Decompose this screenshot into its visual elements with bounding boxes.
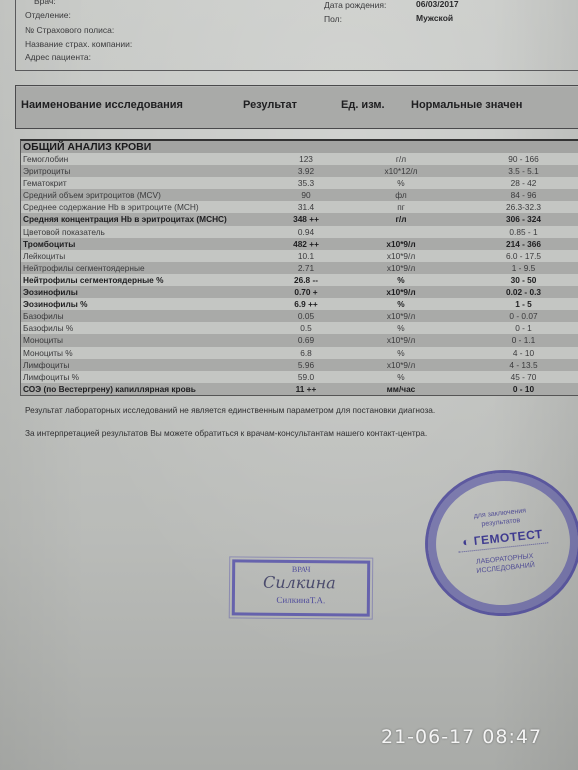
department-label: Отделение: [25,10,71,20]
test-name: Нейтрофилы сегментоядерные [23,262,145,274]
test-unit: % [361,347,441,359]
sex-label: Пол: [324,14,342,24]
table-row: Средняя концентрация Hb в эритроцитах (M… [21,213,578,225]
test-result: 0.70 + [276,286,336,298]
test-unit: мм/час [361,383,441,395]
test-name: Лейкоциты [23,250,65,262]
test-unit: % [361,322,441,334]
test-result: 11 ++ [276,383,336,395]
test-unit: x10*9/л [361,262,441,274]
test-unit: x10*12/л [361,165,441,177]
table-row: Лимфоциты %59.0%45 - 70 [21,371,578,383]
table-row: Моноциты %6.8%4 - 10 [21,347,578,359]
test-result: 6.8 [276,347,336,359]
test-result: 3.92 [276,165,336,177]
test-name: Цветовой показатель [23,226,105,238]
test-result: 5.96 [276,359,336,371]
test-normal-range: 0.85 - 1 [481,226,566,238]
test-unit: x10*9/л [361,359,441,371]
results-table: ОБЩИЙ АНАЛИЗ КРОВИ Гемоглобин123г/л90 - … [20,139,578,396]
patient-info-box: Врач: Отделение: № Страхового полиса: На… [15,0,578,71]
test-normal-range: 4 - 10 [481,347,566,359]
test-name: Тромбоциты [23,238,75,250]
test-result: 0.05 [276,310,336,322]
test-name: Среднее содержание Hb в эритроците (MCH) [23,201,199,213]
test-unit: x10*9/л [361,238,441,250]
table-row: Моноциты0.69x10*9/л0 - 1.1 [21,334,578,346]
test-result: 35.3 [276,177,336,189]
stamp-bottom-text: ЛАБОРАТОРНЫХ ИССЛЕДОВАНИЙ [464,551,545,577]
lab-round-stamp: для заключения результатов ◐ ГЕМОТЕСТ ЛА… [418,462,578,624]
doctor-stamp: ВРАЧ Силкина СилкинаТ.А. [232,559,370,616]
test-unit: x10*9/л [361,310,441,322]
table-row: Гемоглобин123г/л90 - 166 [21,153,578,165]
table-row: Средний объем эритроцитов (MCV)90фл84 - … [21,189,578,201]
insurance-company-label: Название страх. компании: [25,39,132,49]
table-row: Нейтрофилы сегментоядерные2.71x10*9/л1 -… [21,262,578,274]
test-normal-range: 26.3-32.3 [481,201,566,213]
test-result: 482 ++ [276,238,336,250]
header-test-name: Наименование исследования [21,99,183,111]
table-row: СОЭ (по Вестергрену) капиллярная кровь11… [21,383,578,395]
doctor-signature: Силкина [263,573,336,593]
test-name: Эритроциты [23,165,70,177]
table-row: Эозинофилы0.70 +x10*9/л0.02 - 0.3 [21,286,578,298]
test-normal-range: 84 - 96 [481,189,566,201]
header-unit: Ед. изм. [341,99,385,111]
disclaimer-note: Результат лабораторных исследований не я… [25,405,435,415]
test-result: 0.5 [276,322,336,334]
table-bottom-border [21,395,578,396]
test-result: 31.4 [276,201,336,213]
table-row: Базофилы %0.5%0 - 1 [21,322,578,334]
test-normal-range: 1 - 5 [481,298,566,310]
test-normal-range: 0 - 1.1 [481,334,566,346]
test-unit: % [361,274,441,286]
table-row: Среднее содержание Hb в эритроците (MCH)… [21,201,578,213]
test-name: Гемоглобин [23,153,68,165]
test-unit: % [361,177,441,189]
test-name: Лимфоциты % [23,371,79,383]
test-name: Моноциты [23,334,63,346]
test-unit: % [361,371,441,383]
table-row: Эозинофилы %6.9 ++%1 - 5 [21,298,578,310]
doctor-stamp-name: СилкинаТ.А. [235,594,367,605]
table-row: Базофилы0.05x10*9/л0 - 0.07 [21,310,578,322]
test-normal-range: 306 - 324 [481,213,566,225]
test-name: Средний объем эритроцитов (MCV) [23,189,161,201]
test-name: Средняя концентрация Hb в эритроцитах (M… [23,213,227,225]
table-header: Наименование исследования Результат Ед. … [15,85,578,129]
test-result: 90 [276,189,336,201]
birth-date-value: 06/03/2017 [416,0,459,9]
photo-timestamp: 21-06-17 08:47 [381,726,542,748]
test-unit: г/л [361,153,441,165]
test-normal-range: 30 - 50 [481,274,566,286]
header-result: Результат [243,99,297,111]
test-normal-range: 4 - 13.5 [481,359,566,371]
test-unit: г/л [361,213,441,225]
test-normal-range: 28 - 42 [481,177,566,189]
insurance-policy-label: № Страхового полиса: [25,25,114,35]
stamp-brand: ◐ ГЕМОТЕСТ [427,523,578,553]
test-result: 10.1 [276,250,336,262]
gemotest-logo-icon: ◐ [462,534,471,549]
doctor-label: Врач: [34,0,56,6]
test-unit: x10*9/л [361,286,441,298]
test-result: 0.69 [276,334,336,346]
test-name: Эозинофилы % [23,298,88,310]
table-row: Цветовой показатель0.940.85 - 1 [21,226,578,238]
test-unit: фл [361,189,441,201]
test-unit: x10*9/л [361,334,441,346]
test-result: 123 [276,153,336,165]
test-normal-range: 45 - 70 [481,371,566,383]
test-normal-range: 0.02 - 0.3 [481,286,566,298]
test-result: 2.71 [276,262,336,274]
table-row: Лимфоциты5.96x10*9/л4 - 13.5 [21,359,578,371]
test-result: 6.9 ++ [276,298,336,310]
header-normal-range: Нормальные значен [411,99,522,111]
table-row: Эритроциты3.92x10*12/л3.5 - 5.1 [21,165,578,177]
test-normal-range: 90 - 166 [481,153,566,165]
test-name: Базофилы [23,310,64,322]
test-result: 0.94 [276,226,336,238]
test-name: Эозинофилы [23,286,78,298]
table-row: Лейкоциты10.1x10*9/л6.0 - 17.5 [21,250,578,262]
table-row: Нейтрофилы сегментоядерные %26.8 --%30 -… [21,274,578,286]
test-result: 26.8 -- [276,274,336,286]
test-unit: пг [361,201,441,213]
contact-center-note: За интерпретацией результатов Вы можете … [25,428,427,438]
test-unit: % [361,298,441,310]
test-normal-range: 3.5 - 5.1 [481,165,566,177]
test-normal-range: 214 - 366 [481,238,566,250]
test-normal-range: 0 - 1 [481,322,566,334]
test-normal-range: 6.0 - 17.5 [481,250,566,262]
sex-value: Мужской [416,13,453,23]
test-name: Нейтрофилы сегментоядерные % [23,274,163,286]
test-name: Гематокрит [23,177,67,189]
test-normal-range: 0 - 0.07 [481,310,566,322]
table-row: Гематокрит35.3%28 - 42 [21,177,578,189]
test-result: 348 ++ [276,213,336,225]
test-normal-range: 0 - 10 [481,383,566,395]
patient-address-label: Адрес пациента: [25,52,91,62]
birth-date-label: Дата рождения: [324,0,386,10]
test-unit: x10*9/л [361,250,441,262]
section-title: ОБЩИЙ АНАЛИЗ КРОВИ [21,141,578,153]
test-name: Моноциты % [23,347,73,359]
test-name: Базофилы % [23,322,73,334]
test-result: 59.0 [276,371,336,383]
test-name: Лимфоциты [23,359,69,371]
table-row: Тромбоциты482 ++x10*9/л214 - 366 [21,238,578,250]
result-rows: Гемоглобин123г/л90 - 166Эритроциты3.92x1… [21,153,578,395]
test-normal-range: 1 - 9.5 [481,262,566,274]
test-name: СОЭ (по Вестергрену) капиллярная кровь [23,383,196,395]
